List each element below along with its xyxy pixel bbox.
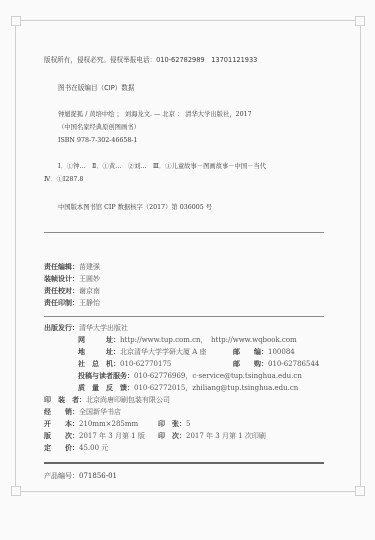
quality-label: 质 量 反 馈： [78,384,134,392]
cip-title-line: 钟馗捉狐 / 黄培中绘 ； 刘海龙文. — 北京 ： 清华大学出版社，2017 [58,110,252,119]
switchboard-line: 社 总 机：010-62770175 [78,360,171,369]
reader-service-line: 投稿与读者服务：010-62776969，c-service@tup.tsing… [78,372,302,381]
mailorder-value: 010-62786544 [268,360,319,368]
sheets-label: 印 张： [158,420,186,428]
format-value: 210mm×285mm [79,420,138,428]
distributor-label: 经 销： [44,408,79,416]
edition-value: 2017 年 3 月第 1 版 [79,432,145,440]
credit-label: 责任校对： [44,287,79,295]
address-label: 地 址： [78,348,120,356]
publisher-line: 出版发行：清华大学出版社 [44,324,128,333]
cip-classification-2: Ⅳ．①I287.8 [44,175,83,184]
credit-value: 王静怡 [79,299,100,307]
price-label: 定 价： [44,444,79,452]
quality-value: 010-62772015，zhiliang@tup.tsinghua.edu.c… [134,384,298,392]
quality-feedback-line: 质 量 反 馈：010-62772015，zhiliang@tup.tsingh… [78,384,298,393]
sheets-line: 印 张：5 [158,420,190,429]
postcode-value: 100084 [268,348,295,356]
divider-rule [44,232,324,233]
cip-heading: 图书在版编目（CIP）数据 [58,84,134,93]
edition-label: 版 次： [44,432,79,440]
switchboard-value: 010-62770175 [120,360,171,368]
credit-value: 谢京南 [79,287,100,295]
distributor-value: 全国新华书店 [79,408,121,416]
format-label: 开 本： [44,420,79,428]
format-line: 开 本：210mm×285mm [44,420,138,429]
postcode-label: 邮 编： [233,348,268,356]
impression-line: 印 次：2017 年 3 月第 1 次印刷 [158,432,266,441]
service-label: 投稿与读者服务： [78,372,134,380]
credit-value: 苗建强 [79,263,100,271]
website-line: 网 址：http://www.tup.com.cn， http://www.wq… [78,336,297,345]
publisher-label: 出版发行： [44,324,79,332]
mailorder-label: 邮 购： [233,360,268,368]
credit-printing: 责任印制：王静怡 [44,299,100,308]
divider-rule [44,316,324,317]
cip-classification-1: Ⅰ．①钟… Ⅱ．①黄… ②刘… Ⅲ．①儿童故事－图画故事－中国－当代 [58,162,266,171]
copyright-page: 版权所有，侵权必究。侵权举报电话：010-62782989 1370112193… [0,0,375,540]
mailorder-line: 邮 购：010-62786544 [233,360,319,369]
corner-ornament-icon [11,16,21,26]
cip-isbn: ISBN 978-7-302-46658-1 [58,136,138,145]
postcode-line: 邮 编：100084 [233,348,295,357]
distributor-line: 经 销：全国新华书店 [44,408,121,417]
price-value: 45.00 元 [79,444,108,452]
credit-label: 责任印制： [44,299,79,307]
publisher-name: 清华大学出版社 [79,324,128,332]
website-value: http://www.tup.com.cn， http://www.wqbook… [120,336,297,344]
cip-number: 中国版本图书馆 CIP 数据核字（2017）第 036005 号 [58,203,212,212]
switchboard-label: 社 总 机： [78,360,120,368]
address-line: 地 址：北京清华大学学研大厦 A 座 [78,348,207,357]
sheets-value: 5 [186,420,190,428]
corner-ornament-icon [355,486,365,496]
credit-proofreader: 责任校对：谢京南 [44,287,100,296]
product-code: 产品编号：071856-01 [44,472,117,481]
printer-value: 北京尚唐印刷包装有限公司 [86,396,170,404]
cip-series: （中国名家经典原创图画书） [58,123,140,132]
corner-ornament-icon [11,486,21,496]
address-value: 北京清华大学学研大厦 A 座 [120,348,207,356]
credit-label: 责任编辑： [44,263,79,271]
edition-line: 版 次：2017 年 3 月第 1 版 [44,432,145,441]
corner-ornament-icon [355,16,365,26]
price-line: 定 价：45.00 元 [44,444,108,453]
copyright-notice: 版权所有，侵权必究。侵权举报电话：010-62782989 1370112193… [44,56,257,65]
credit-editor: 责任编辑：苗建强 [44,263,100,272]
website-label: 网 址： [78,336,120,344]
service-value: 010-62776969，c-service@tup.tsinghua.edu.… [134,372,302,380]
impression-label: 印 次： [158,432,186,440]
printer-line: 印 装 者：北京尚唐印刷包装有限公司 [44,396,170,405]
credit-label: 装帧设计： [44,275,79,283]
divider-rule [44,462,324,464]
impression-value: 2017 年 3 月第 1 次印刷 [186,432,266,440]
credit-value: 王圆妙 [79,275,100,283]
credit-designer: 装帧设计：王圆妙 [44,275,100,284]
printer-label: 印 装 者： [44,396,86,404]
